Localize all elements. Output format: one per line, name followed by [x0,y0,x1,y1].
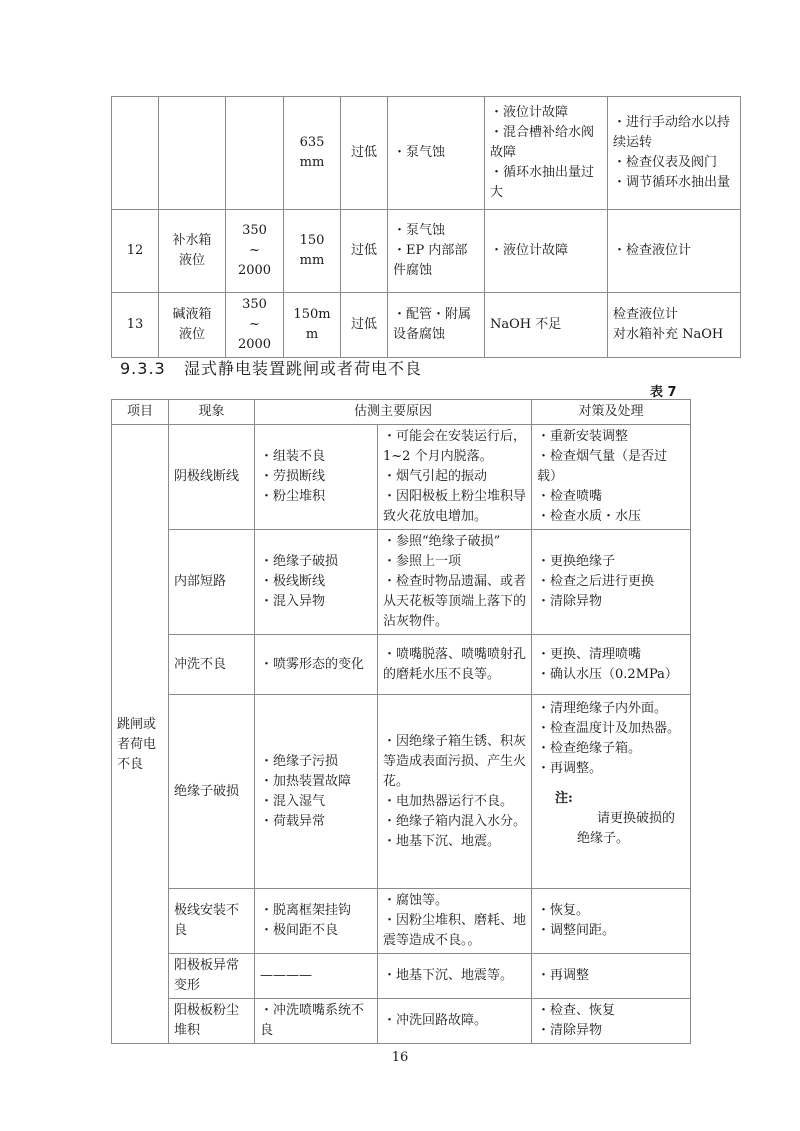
cell-item: 碱液箱 液位 [159,293,226,358]
cause-text: ・绝缘子破损 [260,552,372,572]
cause-text: ・循环水抽出量过大 [490,163,602,203]
action-text: ・检查液位计 [613,241,735,261]
note-text: 绝缘子。 [537,829,685,849]
range-sep: ~ [231,241,278,261]
cause-text: ・绝缘子污损 [260,752,372,772]
table-row: 跳闸或 者荷电 不良 阴极线断线 ・组装不良 ・劳损断线 ・粉尘堆积 ・可能会在… [112,425,691,530]
cause-text: ・劳损断线 [260,467,372,487]
cell-range: 350 ~ 2000 [226,210,284,293]
section-title: 湿式静电装置跳闸或者荷电不良 [184,359,422,378]
cell-phenomenon: 极线安装不良 [169,889,255,954]
cause-text: ・参照上一项 [383,552,526,572]
cause-text: ・因阳极板上粉尘堆积导致火花放电增加。 [383,487,526,527]
cell-cause: NaOH 不足 [485,293,608,358]
cell-cause-a: ・绝缘子破损 ・极线断线 ・混入异物 [255,530,378,635]
cell-cause-b: ・喷嘴脱落、喷嘴喷射孔的磨耗水压不良等。 [378,635,532,695]
cell-cause-b: ・地基下沉、地震等。 [378,954,532,999]
cell-action: ・重新安装调整 ・检查烟气量（是否过载） ・检查喷嘴 ・检查水质・水压 [532,425,691,530]
item-text: 跳闸或 [117,715,163,735]
action-text: ・检查喷嘴 [537,487,685,507]
cause-text: ・电加热器运行不良。 [383,792,526,812]
cause-text: ・组装不良 [260,447,372,467]
cause-text: ・液位计故障 [490,241,602,261]
note-label: 注: [537,789,685,809]
cause-text: NaOH 不足 [490,315,602,335]
action-text: ・更换、清理喷嘴 [537,645,685,665]
effect-text: ・泵气蚀 [393,143,479,163]
cell-action: 检查液位计 对水箱补充 NaOH [608,293,741,358]
action-text: ・再调整。 [537,759,685,779]
action-text: ・检查烟气量（是否过载） [537,447,685,487]
table-label: 表 7 [650,381,677,400]
action-text: ・调节循环水抽出量 [613,173,735,193]
cell-cause-b: ・腐蚀等。 ・因粉尘堆积、磨耗、地震等造成不良。。 [378,889,532,954]
cell-action: ・更换绝缘子 ・检查之后进行更换 ・清除异物 [532,530,691,635]
cause-text: ・脱离框架挂钩 [260,901,372,921]
table-header-row: 项目 现象 估测主要原因 对策及处理 [112,400,691,425]
cause-text: ・液位计故障 [490,103,602,123]
cell-cause-b: ・因绝缘子箱生锈、积灰等造成表面污损、产生火花。 ・电加热器运行不良。 ・绝缘子… [378,695,532,889]
cell-cause-b: ・可能会在安装运行后，1~2 个月内脱落。 ・烟气引起的振动 ・因阳极板上粉尘堆… [378,425,532,530]
cause-text: ・冲洗喷嘴系统不良 [260,1001,372,1041]
cell-phenomenon: 阳极板粉尘堆积 [169,999,255,1044]
item-text: 液位 [164,251,220,271]
cause-text: ・烟气引起的振动 [383,467,526,487]
cause-text: ・地基下沉、地震等。 [383,966,526,986]
action-text: ・调整间距。 [537,921,685,941]
cell-cause-b: ・参照“绝缘子破损” ・参照上一项 ・检查时物品遗漏、或者从天花板等顶端上落下的… [378,530,532,635]
item-text: 补水箱 [164,231,220,251]
table-row: 13 碱液箱 液位 350 ~ 2000 150m m 过低 ・配管・附属设备腐… [112,293,741,358]
cause-text: ・冲洗回路故障。 [383,1011,526,1031]
range-min: 350 [231,295,278,315]
cause-text: ・混入异物 [260,592,372,612]
cell-cause-a: ・脱离框架挂钩 ・极间距不良 [255,889,378,954]
cause-text: ・极间距不良 [260,921,372,941]
cell-item: 跳闸或 者荷电 不良 [112,425,169,1044]
item-text: 者荷电 [117,735,163,755]
cause-text: ・因绝缘子箱生锈、积灰等造成表面污损、产生火花。 [383,732,526,792]
cause-text: ・因粉尘堆积、磨耗、地震等造成不良。。 [383,911,526,951]
cell-setpoint: 635 mm [284,97,341,210]
table-row: 阳极板粉尘堆积 ・冲洗喷嘴系统不良 ・冲洗回路故障。 ・检查、恢复 ・清除异物 [112,999,691,1044]
cell-action: ・恢复。 ・调整间距。 [532,889,691,954]
cause-text: ・喷嘴脱落、喷嘴喷射孔的磨耗水压不良等。 [383,645,526,685]
cell-item [159,97,226,210]
cell-phenomenon: 阳极板异常变形 [169,954,255,999]
table-row: 内部短路 ・绝缘子破损 ・极线断线 ・混入异物 ・参照“绝缘子破损” ・参照上一… [112,530,691,635]
action-text: ・进行手动给水以持续运转 [613,113,735,153]
effect-text: ・EP 内部部件腐蚀 [393,241,479,281]
cause-text: ———— [260,966,372,986]
cell-phenomenon: 内部短路 [169,530,255,635]
setpoint-unit: mm [289,251,335,271]
cause-text: ・绝缘子箱内混入水分。 [383,812,526,832]
table-row: 635 mm 过低 ・泵气蚀 ・液位计故障 ・混合槽补给水阀故障 ・循环水抽出量… [112,97,741,210]
cell-no: 13 [112,293,159,358]
cell-state: 过低 [341,97,388,210]
cause-text: ・加热装置故障 [260,772,372,792]
action-text: ・检查之后进行更换 [537,572,685,592]
cause-text: ・粉尘堆积 [260,487,372,507]
cell-effect: ・泵气蚀 [388,97,485,210]
action-text: ・再调整 [537,966,685,986]
cause-text: ・混合槽补给水阀故障 [490,123,602,163]
action-text: ・检查、恢复 [537,1001,685,1021]
cell-no: 12 [112,210,159,293]
cell-range: 350 ~ 2000 [226,293,284,358]
cell-action: ・更换、清理喷嘴 ・确认水压（0.2MPa） [532,635,691,695]
cause-text: ・腐蚀等。 [383,891,526,911]
cell-cause-a: ・冲洗喷嘴系统不良 [255,999,378,1044]
cell-cause: ・液位计故障 ・混合槽补给水阀故障 ・循环水抽出量过大 [485,97,608,210]
setpoint-value: 635 [289,133,335,153]
table-7: 项目 现象 估测主要原因 对策及处理 跳闸或 者荷电 不良 阴极线断线 ・组装不… [111,399,691,1044]
cell-setpoint: 150m m [284,293,341,358]
cell-action: ・进行手动给水以持续运转 ・检查仪表及阀门 ・调节循环水抽出量 [608,97,741,210]
cell-state: 过低 [341,210,388,293]
action-text: ・检查绝缘子箱。 [537,739,685,759]
cause-text: ・参照“绝缘子破损” [383,532,526,552]
cause-text: ・荷载异常 [260,812,372,832]
level-alarm-table: 635 mm 过低 ・泵气蚀 ・液位计故障 ・混合槽补给水阀故障 ・循环水抽出量… [111,96,741,358]
item-text: 液位 [164,325,220,345]
cell-setpoint: 150 mm [284,210,341,293]
action-text: ・清除异物 [537,1021,685,1041]
action-text: 对水箱补充 NaOH [613,325,735,345]
action-text: ・恢复。 [537,901,685,921]
section-heading: 9.3.3 湿式静电装置跳闸或者荷电不良 [120,356,422,379]
setpoint-value: 150m [289,305,335,325]
cell-no [112,97,159,210]
cell-action: ・检查、恢复 ・清除异物 [532,999,691,1044]
range-sep: ~ [231,315,278,335]
range-max: 2000 [231,261,278,281]
header-cause: 估测主要原因 [255,400,532,425]
table-row: 12 补水箱 液位 350 ~ 2000 150 mm 过低 ・泵气蚀 ・EP … [112,210,741,293]
action-text: ・重新安装调整 [537,427,685,447]
range-max: 2000 [231,335,278,355]
section-number: 9.3.3 [120,359,166,378]
action-text: 检查液位计 [613,305,735,325]
cause-text: ・可能会在安装运行后，1~2 个月内脱落。 [383,427,526,467]
cell-cause-b: ・冲洗回路故障。 [378,999,532,1044]
action-text: ・检查温度计及加热器。 [537,719,685,739]
cell-effect: ・配管・附属设备腐蚀 [388,293,485,358]
table-row: 冲洗不良 ・喷雾形态的变化 ・喷嘴脱落、喷嘴喷射孔的磨耗水压不良等。 ・更换、清… [112,635,691,695]
cause-text: ・检查时物品遗漏、或者从天花板等顶端上落下的沾灰物件。 [383,572,526,632]
item-text: 不良 [117,755,163,775]
header-phenomenon: 现象 [169,400,255,425]
setpoint-value: 150 [289,231,335,251]
action-text: ・清除异物 [537,592,685,612]
cell-item: 补水箱 液位 [159,210,226,293]
action-text: ・检查仪表及阀门 [613,153,735,173]
cell-phenomenon: 绝缘子破损 [169,695,255,889]
header-item: 项目 [112,400,169,425]
cell-cause-a: ———— [255,954,378,999]
action-text: ・更换绝缘子 [537,552,685,572]
action-text: ・检查水质・水压 [537,507,685,527]
cause-text: ・极线断线 [260,572,372,592]
setpoint-unit: mm [289,153,335,173]
cell-cause-a: ・组装不良 ・劳损断线 ・粉尘堆积 [255,425,378,530]
item-text: 碱液箱 [164,305,220,325]
cell-cause-a: ・绝缘子污损 ・加热装置故障 ・混入湿气 ・荷载异常 [255,695,378,889]
cell-state: 过低 [341,293,388,358]
cause-text: ・混入湿气 [260,792,372,812]
cell-action: ・再调整 [532,954,691,999]
cell-phenomenon: 阴极线断线 [169,425,255,530]
table-row: 阳极板异常变形 ———— ・地基下沉、地震等。 ・再调整 [112,954,691,999]
cell-cause-a: ・喷雾形态的变化 [255,635,378,695]
header-action: 对策及处理 [532,400,691,425]
cause-text: ・喷雾形态的变化 [260,655,372,675]
cell-range [226,97,284,210]
note-text: 请更换破损的 [537,809,685,829]
cell-action: ・检查液位计 [608,210,741,293]
range-min: 350 [231,221,278,241]
table-row: 极线安装不良 ・脱离框架挂钩 ・极间距不良 ・腐蚀等。 ・因粉尘堆积、磨耗、地震… [112,889,691,954]
setpoint-unit: m [289,325,335,345]
page-number: 16 [0,1050,800,1065]
effect-text: ・泵气蚀 [393,221,479,241]
cause-text: ・地基下沉、地震。 [383,832,526,852]
cell-phenomenon: 冲洗不良 [169,635,255,695]
action-text: ・清理绝缘子内外面。 [537,699,685,719]
cell-cause: ・液位计故障 [485,210,608,293]
action-text: ・确认水压（0.2MPa） [537,665,685,685]
table-row: 绝缘子破损 ・绝缘子污损 ・加热装置故障 ・混入湿气 ・荷载异常 ・因绝缘子箱生… [112,695,691,889]
effect-text: ・配管・附属设备腐蚀 [393,305,479,345]
cell-effect: ・泵气蚀 ・EP 内部部件腐蚀 [388,210,485,293]
cell-action: ・清理绝缘子内外面。 ・检查温度计及加热器。 ・检查绝缘子箱。 ・再调整。 注:… [532,695,691,889]
